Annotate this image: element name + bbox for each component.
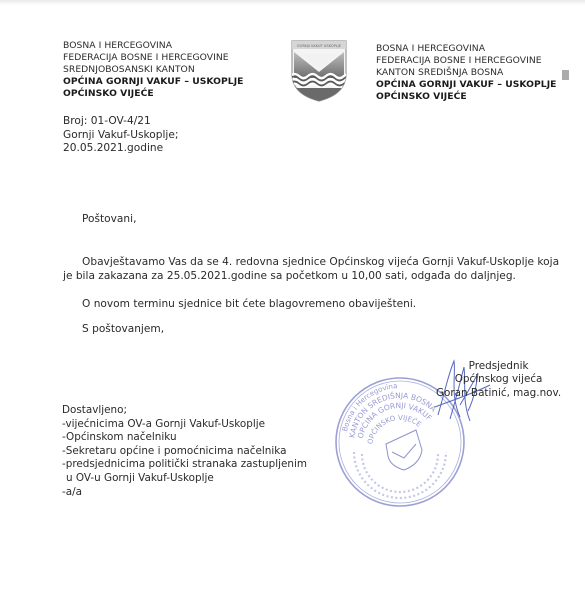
reference-block: Broj: 01-OV-4/21 Gornji Vakuf-Uskoplje; … [63, 115, 178, 156]
distribution-item: -Općinskom načelniku [62, 431, 307, 445]
closing-phrase: S poštovanjem, [82, 323, 164, 337]
header-right-line-country: BOSNA I HERCEGOVINA [376, 43, 557, 55]
header-right-line-canton: KANTON SREDIŠNJA BOSNA [376, 67, 557, 79]
header-right-line-council: OPĆINSKO VIJEĆE [376, 91, 557, 103]
signatory-body: Općinskog vijeća [436, 373, 561, 386]
header-left-line-country: BOSNA I HERCEGOVINA [63, 40, 244, 52]
header-right-line-federation: FEDERACIJA BOSNE I HERCEGOVINE [376, 55, 557, 67]
header-left-line-federation: FEDERACIJA BOSNE I HERCEGOVINE [63, 52, 244, 64]
reference-date: 20.05.2021.godine [63, 142, 178, 156]
municipal-coat-of-arms-icon: GORNJI VAKUF USKOPLJE [286, 38, 352, 104]
reference-place: Gornji Vakuf-Uskoplje; [63, 129, 178, 143]
header-left-line-municipality: OPĆINA GORNJI VAKUF – USKOPLJE [63, 76, 244, 88]
body-paragraph-1-line-1: Obavještavamo Vas da se 4. redovna sjedn… [82, 256, 559, 270]
distribution-item: -vijećnicima OV-a Gornji Vakuf-Uskoplje [62, 418, 307, 432]
reference-number: Broj: 01-OV-4/21 [63, 115, 178, 129]
header-left-line-council: OPĆINSKO VIJEĆE [63, 88, 244, 100]
header-left: BOSNA I HERCEGOVINA FEDERACIJA BOSNE I H… [63, 40, 244, 100]
distribution-item: -predsjednicima politički stranaka zastu… [62, 458, 307, 472]
top-scan-shadow [0, 0, 585, 5]
distribution-item: -a/a [62, 486, 307, 500]
signature-block: Predsjednik Općinskog vijeća Goran Batin… [436, 360, 561, 400]
header-right-line-municipality: OPĆINA GORNJI VAKUF – USKOPLJE [376, 79, 557, 91]
distribution-item-continuation: u OV-u Gornji Vakuf-Uskoplje [62, 472, 307, 486]
signatory-title: Predsjednik [436, 360, 561, 373]
header-left-line-canton: SREDNJOBOSANSKI KANTON [63, 64, 244, 76]
body-paragraph-1-line-2: je bila zakazana za 25.05.2021.godine sa… [63, 270, 516, 284]
body-paragraph-2: O novom terminu sjednice bit ćete blagov… [82, 298, 416, 312]
crest-banner-text: GORNJI VAKUF USKOPLJE [297, 44, 342, 48]
header-right: BOSNA I HERCEGOVINA FEDERACIJA BOSNE I H… [376, 43, 557, 103]
signatory-name: Goran Batinić, mag.nov. [436, 387, 561, 400]
scan-edge-mark [562, 70, 569, 80]
distribution-item: -Sekretaru općine i pomoćnicima načelnik… [62, 445, 307, 459]
greeting: Poštovani, [82, 213, 136, 227]
distribution-list: Dostavljeno; -vijećnicima OV-a Gornji Va… [62, 404, 307, 499]
distribution-heading: Dostavljeno; [62, 404, 307, 418]
